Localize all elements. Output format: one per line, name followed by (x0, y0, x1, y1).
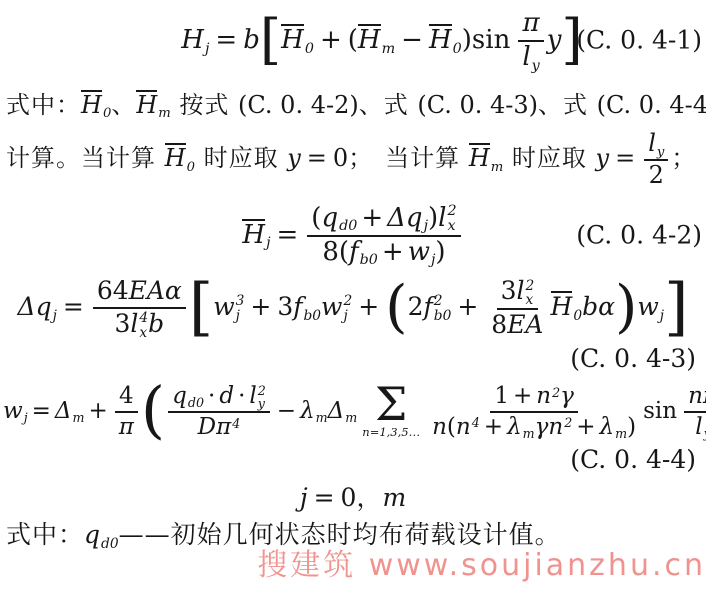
glyph: 2 (649, 161, 664, 189)
glyph: π (119, 414, 134, 440)
denominator: ly (691, 413, 706, 441)
subscript: 0 (573, 308, 582, 324)
glyph: · (238, 383, 245, 409)
variable: d (219, 383, 234, 409)
variable: D (198, 414, 216, 440)
glyph: H (469, 143, 490, 171)
variable: nπ (688, 383, 706, 409)
glyph: l (648, 129, 656, 157)
cjk-text: 、式 (359, 91, 418, 119)
glyph: Δ (328, 398, 345, 424)
roman-text: ) (462, 25, 472, 55)
glyph: 4 (119, 383, 134, 409)
operator: + (382, 238, 404, 268)
subscript: b0 (434, 309, 452, 323)
roman-text: (C. 0. 4-3) (417, 91, 538, 119)
cjk-text: ； (671, 144, 696, 172)
glyph: 按式 (171, 91, 238, 119)
subscript: m (615, 426, 627, 441)
formula-C-0-4-2: Hj=(qd0+Δqj)l2x8(fb0+wj) (C. 0. 4-2) (0, 203, 706, 269)
glyph: = (314, 483, 335, 512)
subscript: m (73, 410, 85, 425)
subscript: 0 (453, 41, 462, 57)
glyph: y (287, 144, 301, 172)
variable: qd0 (172, 383, 204, 409)
fraction: ly2 (644, 129, 668, 190)
glyph: H (242, 219, 265, 249)
roman-text: 3 (501, 276, 517, 305)
roman-text: ( (447, 414, 456, 440)
big-bracket: ] (664, 285, 688, 329)
glyph: (C. 0. 4-2) (238, 91, 359, 119)
numerator: ly (644, 129, 668, 161)
glyph: γ (560, 383, 574, 409)
formula-C-0-4-1: Hj=b[H0+(Hm−H0)sinπlyy] (C. 0. 4-1) (0, 8, 706, 74)
operator: + (457, 293, 478, 322)
sup-sub-stack: 2x (448, 204, 457, 234)
scanned-code-page: Hj=b[H0+(Hm−H0)sinπlyy] (C. 0. 4-1) 式中：H… (0, 0, 706, 600)
glyph: w (637, 292, 658, 321)
roman-text: ) (428, 203, 438, 233)
numerator: qd0·d·l2y (168, 382, 270, 413)
variable: H0 (551, 292, 583, 321)
glyph: b (243, 25, 260, 55)
cjk-text: ， (356, 483, 382, 512)
operator: = (277, 221, 299, 251)
variable: n (432, 414, 447, 440)
glyph: sin (643, 398, 677, 424)
superscript: 2 (448, 204, 457, 219)
glyph: l (438, 203, 446, 233)
glyph: 式中： (6, 91, 81, 119)
equation-number-1: (C. 0. 4-1) (576, 27, 702, 56)
subscript: x (139, 326, 147, 340)
glyph: π (522, 8, 539, 38)
variable: λm (507, 414, 535, 440)
subscript: m (158, 106, 171, 121)
sup-sub-stack: 2x (525, 279, 534, 308)
glyph: + (250, 292, 271, 321)
operator: + (484, 414, 503, 440)
equation-number-3-row: (C. 0. 4-3) (0, 345, 706, 374)
variable: Δm (55, 398, 85, 424)
fraction: qd0·d·l2yDπ4 (168, 382, 270, 442)
variable: l2y (249, 383, 265, 409)
glyph: π (216, 414, 231, 440)
subscript: j (424, 218, 428, 234)
operator: + (361, 204, 383, 234)
subscript: d0 (339, 218, 357, 234)
cjk-text: —— (119, 520, 171, 549)
subscript: y (657, 145, 664, 160)
roman-text: (C. 0. 4-2) (238, 91, 359, 119)
variable: π4 (216, 414, 240, 440)
numerator: (qd0+Δqj)l2x (307, 203, 460, 237)
variable: γn2 (535, 414, 573, 440)
roman-text: (C. 0. 4-4) (597, 91, 706, 119)
operator: = (307, 145, 327, 173)
variable: m (382, 483, 406, 512)
glyph: q (321, 203, 338, 233)
variable: Δqj (387, 203, 428, 233)
subscript: b0 (303, 308, 321, 324)
cjk-text: 式中： (6, 91, 81, 119)
equation-number-2: (C. 0. 4-2) (576, 221, 702, 250)
glyph: + (576, 414, 595, 440)
superscript: 2 (434, 294, 443, 308)
glyph: 时应取 (503, 144, 595, 172)
fraction: (qd0+Δqj)l2x8(fb0+wj) (307, 203, 460, 269)
glyph: d (219, 383, 234, 409)
glyph: + (89, 398, 108, 424)
roman-text: sin (472, 25, 510, 55)
glyph: 计算。当计算 (6, 144, 165, 172)
subscript: j (24, 410, 28, 425)
superscript: 2 (258, 384, 266, 397)
variable: Hj (242, 220, 270, 250)
glyph: H (358, 24, 381, 54)
formula-C-0-4-1-body: Hj=b[H0+(Hm−H0)sinπlyy] (181, 25, 582, 55)
subscript: m (345, 410, 357, 425)
glyph: w (3, 398, 23, 424)
glyph: + (382, 237, 404, 267)
variable: Hj (181, 25, 209, 55)
variable: Hm (358, 25, 395, 55)
glyph: − (401, 25, 423, 55)
roman-text: ( (311, 203, 321, 233)
variable: y (596, 144, 610, 172)
variable: n4 (456, 414, 480, 440)
variable: fb0 (349, 237, 378, 267)
glyph: H (181, 25, 204, 55)
variable: H0 (281, 25, 314, 55)
denominator: ly (518, 42, 543, 74)
glyph: l (516, 276, 524, 305)
glyph: ) (462, 25, 472, 55)
j-index-body: j=0，m (300, 483, 406, 512)
equation-number-4: (C. 0. 4-4) (570, 445, 696, 474)
sup-sub-stack: 2j (343, 294, 352, 323)
variable: Δm (328, 398, 358, 424)
glyph: ； (348, 144, 373, 172)
glyph: n (536, 383, 551, 409)
glyph: · (208, 383, 215, 409)
glyph: + (361, 203, 383, 233)
roman-text: 3 (277, 292, 293, 321)
glyph: λ (300, 398, 315, 424)
glyph: 3 (114, 309, 130, 338)
glyph: = (277, 220, 299, 250)
glyph: 64 (97, 276, 129, 305)
summation-limits: n=1,3,5… (362, 427, 420, 439)
glyph: f (293, 292, 302, 321)
glyph: λ (507, 414, 522, 440)
glyph: EA (507, 310, 543, 339)
cjk-text: 当计算 (385, 144, 469, 172)
roman-text: 1 (494, 383, 509, 409)
glyph: Δq (387, 203, 422, 233)
subscript: j (236, 309, 240, 323)
formula-C-0-4-3: Δqj=64EAα3l4xb[w3j+3fb0w2j+(2f2b0+3l2x8E… (0, 276, 706, 341)
glyph: ) (428, 203, 438, 233)
subscript: d0 (188, 395, 204, 410)
glyph: (C. 0. 4-3) (417, 91, 538, 119)
j-index-line: j=0，m (0, 484, 706, 513)
glyph: 、 (111, 91, 136, 119)
glyph: y (547, 25, 562, 55)
glyph: ( (348, 25, 358, 55)
glyph: = (215, 25, 237, 55)
formula-C-0-4-4: wj=Δm+4π(qd0·d·l2yDπ4−λmΔmΣn=1,3,5…1+n2γ… (0, 382, 706, 442)
roman-text: 64 (97, 276, 129, 305)
calculation-note-line: 计算。当计算 H0 时应取 y=0；当计算 Hm 时应取 y=ly2； (0, 129, 706, 190)
glyph: f (424, 292, 433, 321)
glyph: H (81, 90, 102, 118)
operator: = (63, 293, 84, 322)
subscript: j (343, 309, 347, 323)
glyph: EAα (129, 276, 182, 305)
glyph: sin (472, 25, 510, 55)
subscript: d0 (101, 536, 119, 552)
variable: qd0 (84, 520, 119, 549)
big-bracket: [ (260, 20, 281, 58)
glyph: + (484, 414, 503, 440)
fraction: 4π (115, 382, 138, 441)
operator: − (277, 398, 296, 424)
sigma-icon: Σ (375, 385, 408, 424)
subscript: 0 (305, 41, 314, 57)
superscript: 4 (232, 416, 240, 431)
glyph: H (165, 143, 186, 171)
glyph: Δq (18, 292, 52, 321)
roman-text: sin (643, 398, 677, 424)
superscript: 2 (525, 279, 534, 293)
glyph: l (695, 414, 702, 440)
glyph: 8 (491, 310, 507, 339)
variable: f2b0 (424, 292, 452, 321)
variable: λm (600, 414, 628, 440)
cjk-text: 式中： (6, 520, 84, 549)
where-clause-line-1-body: 式中：H0、Hm 按式 (C. 0. 4-2)、式 (C. 0. 4-3)、式 … (6, 91, 706, 119)
glyph: H (281, 24, 304, 54)
denominator: 8(fb0+wj) (318, 237, 449, 269)
glyph: − (277, 398, 296, 424)
glyph: 3 (277, 292, 293, 321)
cjk-text: 、式 (538, 91, 597, 119)
subscript: j (266, 235, 270, 251)
numerator: 1+n2γ (490, 382, 578, 412)
glyph: 式中： (6, 520, 84, 549)
equation-number-3: (C. 0. 4-3) (570, 344, 696, 373)
cjk-text: 按式 (171, 91, 238, 119)
big-bracket: [ (189, 285, 213, 329)
glyph: y (596, 144, 610, 172)
cjk-text: 时应取 (195, 144, 287, 172)
variable: b (243, 25, 260, 55)
glyph: 2 (408, 292, 424, 321)
fraction: nπly (684, 382, 706, 441)
glyph: ； (671, 144, 696, 172)
subscript: m (491, 160, 504, 175)
glyph: w (213, 292, 234, 321)
subscript: j (205, 41, 209, 57)
glyph: ， (356, 483, 382, 512)
variable: wj (3, 398, 28, 424)
variable: λm (300, 398, 328, 424)
variable: EAα (129, 276, 182, 305)
variable: Hm (469, 144, 503, 172)
denominator: π (115, 413, 138, 441)
glyph: 当计算 (385, 144, 469, 172)
glyph: H (429, 24, 452, 54)
variable: w2j (321, 292, 352, 321)
variable: qd0 (321, 203, 357, 233)
operator: + (89, 398, 108, 424)
big-bracket: ( (141, 388, 165, 431)
glyph: b (148, 309, 164, 338)
glyph: H (136, 90, 157, 118)
variable: w3j (213, 292, 244, 321)
glyph: (C. 0. 4-4) (597, 91, 706, 119)
glyph: f (349, 237, 359, 267)
superscript: 2 (552, 385, 560, 400)
variable: ly (648, 129, 664, 157)
operator: + (513, 383, 532, 409)
roman-text: ) (627, 414, 636, 440)
variable: y (287, 144, 301, 172)
variable: ly (695, 414, 706, 440)
variable: π (119, 414, 134, 440)
glyph: = (63, 292, 84, 321)
numerator: 64EAα (93, 276, 186, 309)
subscript: j (431, 252, 435, 268)
where-clause-line-1: 式中：H0、Hm 按式 (C. 0. 4-2)、式 (C. 0. 4-3)、式 … (0, 90, 706, 120)
variable: H0 (165, 144, 195, 172)
glyph: bα (582, 292, 615, 321)
variable: j (300, 483, 308, 512)
variable: H0 (81, 91, 111, 119)
glyph: —— (119, 520, 171, 549)
operator: + (250, 293, 271, 322)
operator: = (314, 484, 335, 513)
subscript: m (382, 41, 396, 57)
glyph: j (300, 483, 308, 512)
variable: wj (637, 292, 664, 321)
subscript: y (258, 397, 265, 410)
superscript: 3 (236, 294, 245, 308)
roman-text: ) (435, 237, 445, 267)
equation-number-4-row: (C. 0. 4-4) (0, 446, 706, 475)
glyph: l (130, 309, 138, 338)
glyph: + (320, 25, 342, 55)
subscript: 0 (103, 106, 111, 121)
subscript: m (523, 426, 535, 441)
sup-sub-stack: 4x (139, 311, 148, 340)
subscript: b0 (360, 252, 378, 268)
glyph: 、式 (538, 91, 597, 119)
operator: = (32, 398, 51, 424)
roman-text: 0 (341, 483, 357, 512)
denominator: 2 (645, 161, 668, 191)
subscript: j (53, 308, 57, 324)
glyph: ) (435, 237, 445, 267)
glyph: + (457, 292, 478, 321)
calculation-note-body: 计算。当计算 H0 时应取 y=0；当计算 Hm 时应取 y=ly2； (6, 144, 696, 172)
variable: l2x (438, 203, 456, 233)
glyph: l (249, 383, 256, 409)
formula-C-0-4-2-body: Hj=(qd0+Δqj)l2x8(fb0+wj) (242, 220, 463, 250)
glyph: q (172, 383, 187, 409)
roman-text: 3 (114, 309, 130, 338)
glyph: Δ (55, 398, 72, 424)
subscript: y (532, 58, 540, 74)
big-bracket: ( (385, 287, 407, 327)
glyph: = (615, 144, 635, 172)
superscript: 2 (564, 415, 572, 430)
cjk-text: ； (348, 144, 373, 172)
roman-text: 8 (491, 310, 507, 339)
site-watermark: 搜建筑 www.soujianzhu.cn (257, 540, 706, 584)
glyph: H (551, 291, 573, 320)
roman-text: 2 (408, 292, 424, 321)
glyph: w (408, 237, 430, 267)
glyph: ( (311, 203, 321, 233)
glyph: = (32, 398, 51, 424)
denominator: n(n4+λmγn2+λm) (428, 413, 640, 441)
glyph: 、式 (359, 91, 418, 119)
glyph: n (456, 414, 471, 440)
operator: + (320, 26, 342, 56)
numerator: nπ (684, 382, 706, 412)
subscript: m (316, 410, 328, 425)
numerator: 3l2x (497, 276, 539, 310)
operator: = (615, 145, 635, 173)
cjk-text: 、 (111, 91, 136, 119)
numerator: 4 (115, 382, 138, 412)
operator: · (238, 383, 245, 409)
glyph: m (382, 483, 406, 512)
variable: fb0 (293, 292, 321, 321)
variable: γ (560, 383, 574, 409)
glyph: 时应取 (195, 144, 287, 172)
formula-C-0-4-3-body: Δqj=64EAα3l4xb[w3j+3fb0w2j+(2f2b0+3l2x8E… (18, 292, 689, 321)
glyph: 3 (501, 276, 517, 305)
summation: Σn=1,3,5… (362, 385, 420, 438)
fraction: 64EAα3l4xb (93, 276, 186, 341)
glyph: nπ (688, 383, 706, 409)
glyph: ( (447, 414, 456, 440)
variable: Hm (136, 91, 170, 119)
variable: Δqj (18, 292, 57, 321)
denominator: 8EA (487, 310, 547, 341)
subscript: x (525, 293, 533, 307)
operator: + (358, 293, 379, 322)
cjk-text: 计算。当计算 (6, 144, 165, 172)
variable: y (547, 25, 562, 55)
glyph: = (307, 144, 327, 172)
glyph: n (432, 414, 447, 440)
superscript: 2 (343, 294, 352, 308)
operator: = (215, 26, 237, 56)
operator: − (401, 26, 423, 56)
variable: wj (408, 237, 436, 267)
variable: ly (522, 42, 539, 72)
glyph: ) (627, 414, 636, 440)
variable: EA (507, 310, 543, 339)
variable: n2 (536, 383, 560, 409)
fraction: πly (518, 8, 543, 74)
roman-text: 0 (333, 144, 348, 172)
